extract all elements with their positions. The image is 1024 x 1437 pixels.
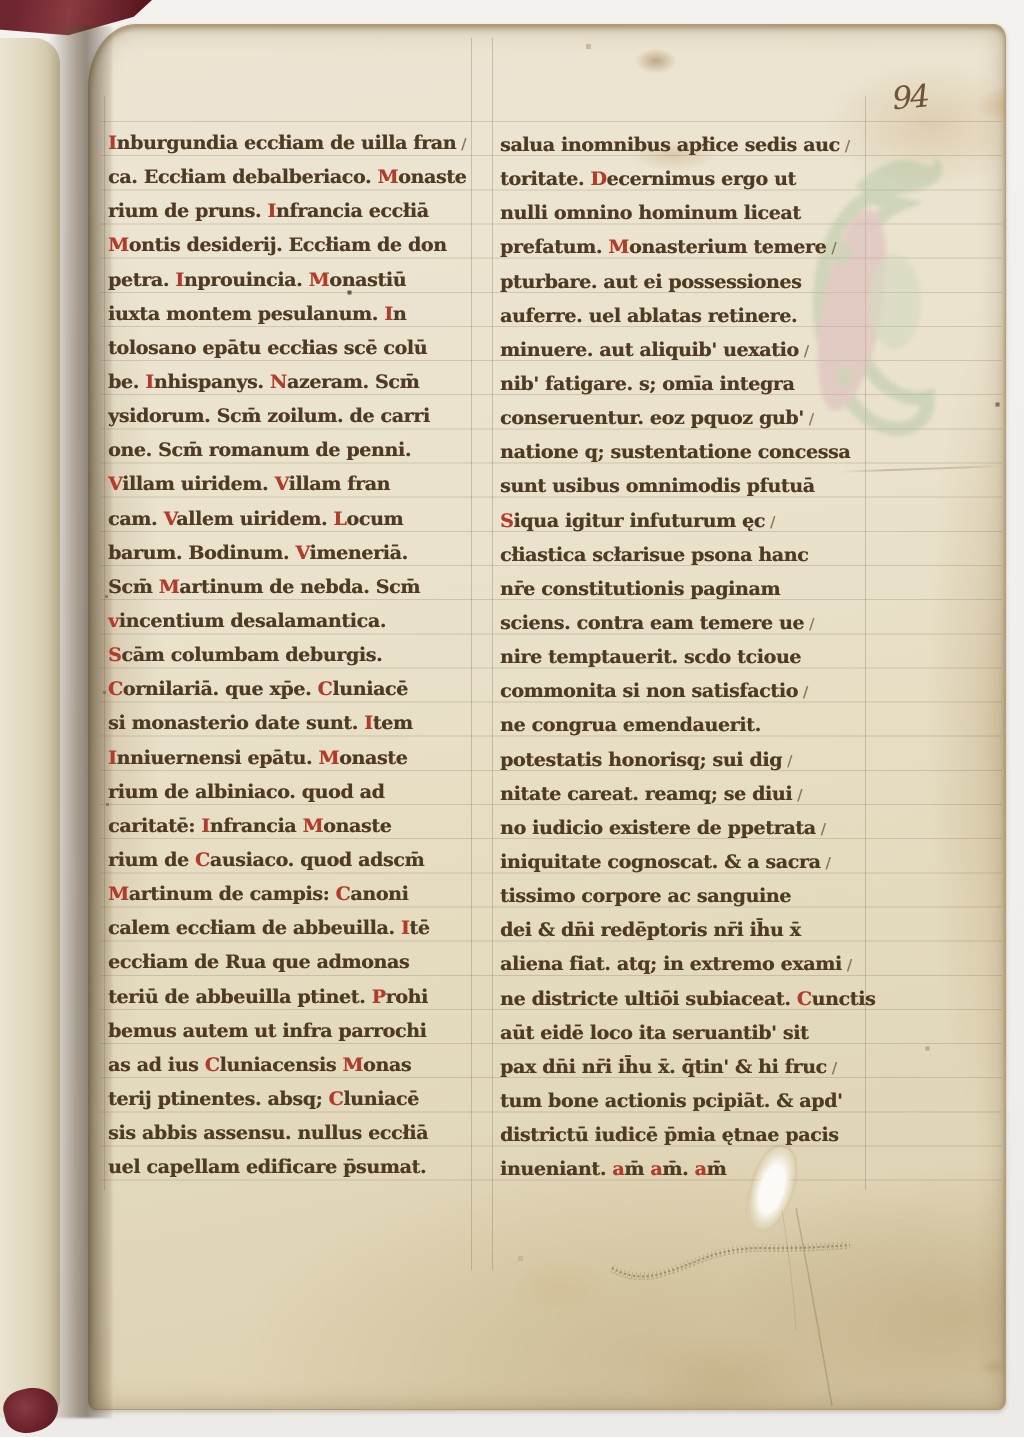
ink-text: tē xyxy=(409,917,429,939)
line-filler-stroke: ∕ xyxy=(809,615,814,633)
ink-text: onaste xyxy=(339,747,407,769)
manuscript-line: inueniant. am̄ am̄. am̄ xyxy=(500,1152,874,1186)
rubric-initial: M xyxy=(342,1054,363,1076)
ink-text: caritatē: xyxy=(108,815,201,837)
ink-text: iqua igitur infuturum ęc xyxy=(513,510,765,532)
manuscript-line: nulli omnino hominum liceat xyxy=(500,196,874,230)
rubric-initial: I xyxy=(364,712,373,734)
manuscript-line: Inniuernensi epātu. Monaste xyxy=(108,741,474,775)
line-filler-stroke: ∕ xyxy=(809,410,814,428)
rubric-initial: V xyxy=(274,473,288,495)
ink-text: nburgundia eccłiam de uilla fran xyxy=(117,132,457,154)
parchment-crease xyxy=(772,1208,852,1408)
ink-text: nfrancia eccłiā xyxy=(276,200,429,222)
ink-text: nr̄e constitutionis paginam xyxy=(500,578,780,600)
manuscript-line: tissimo corpore ac sanguine xyxy=(500,879,874,913)
ink-text: terij ptinentes. absq; xyxy=(108,1088,329,1110)
ink-text: rium de xyxy=(108,849,195,871)
line-filler-stroke: ∕ xyxy=(461,135,466,153)
ink-text: ecernimus ergo ut xyxy=(607,168,796,190)
ink-text: pturbare. aut ei possessiones xyxy=(500,271,801,293)
ink-text: onaste xyxy=(323,815,391,837)
ink-text: cam. xyxy=(108,508,163,530)
ink-text: calem eccłiam de abbeuilla. xyxy=(108,917,401,939)
manuscript-line: nitate careat. reamq; se diui∕ xyxy=(500,777,874,811)
manuscript-line: ysidorum. Scm̄ zoilum. de carri xyxy=(108,399,474,433)
line-filler-stroke: ∕ xyxy=(825,854,830,872)
manuscript-line: nib' fatigare. s; omīa integra xyxy=(500,367,874,401)
ink-text: rium de pruns. xyxy=(108,200,267,222)
ink-text: onasterium temere xyxy=(629,236,826,258)
ink-text: petra. xyxy=(108,269,175,291)
ink-text: sunt usibus omnimodis pfutuā xyxy=(500,475,815,497)
line-filler-stroke: ∕ xyxy=(845,137,850,155)
ink-text: uel capellam edificare p̄sumat. xyxy=(108,1156,426,1178)
manuscript-line: sciens. contra eam temere ue∕ xyxy=(500,606,874,640)
ink-text: tum bone actionis pcipiāt. & apd' xyxy=(500,1090,842,1112)
manuscript-line: eccłiam de Rua que admonas xyxy=(108,945,474,979)
manuscript-line: tum bone actionis pcipiāt. & apd' xyxy=(500,1084,874,1118)
ink-text: incentium desalamantica. xyxy=(119,610,386,632)
manuscript-line: one. Scm̄ romanum de penni. xyxy=(108,433,474,467)
manuscript-line: cłiastica scłarisue psona hanc xyxy=(500,538,874,572)
manuscript-line: sunt usibus omnimodis pfutuā xyxy=(500,469,874,503)
rubric-initial: I xyxy=(384,303,393,325)
ink-text: teriū de abbeuilla ptinet. xyxy=(108,986,372,1008)
manuscript-line: conseruentur. eoz pquoz gub'∕ xyxy=(500,401,874,435)
ink-text: pax dn̄i nr̄i ih̄u x̄. q̄tin' & hi fruc xyxy=(500,1056,827,1078)
ink-text: imeneriā. xyxy=(309,542,407,564)
ink-text: allem uiridem. xyxy=(176,508,333,530)
manuscript-line: districtū iudicē p̄mia ętnae pacis xyxy=(500,1118,874,1152)
rubric-initial: a xyxy=(612,1158,624,1180)
ink-text: anoni xyxy=(350,883,408,905)
ink-text: ysidorum. Scm̄ zoilum. de carri xyxy=(108,405,430,427)
manuscript-line: Siqua igitur infuturum ęc∕ xyxy=(500,504,874,538)
manuscript-line: pax dn̄i nr̄i ih̄u x̄. q̄tin' & hi fruc∕ xyxy=(500,1050,874,1084)
manuscript-line: Scm̄ Martinum de nebda. Scm̄ xyxy=(108,570,474,604)
line-filler-stroke: ∕ xyxy=(770,513,775,531)
rubric-initial: I xyxy=(201,815,210,837)
ink-text: nulli omnino hominum liceat xyxy=(500,202,801,224)
manuscript-line: Montis desiderij. Eccłiam de don xyxy=(108,228,474,262)
line-filler-stroke: ∕ xyxy=(821,820,826,838)
ink-text: ca. Eccłiam debalberiaco. xyxy=(108,166,377,188)
manuscript-line: be. Inhispanys. Nazeram. Scm̄ xyxy=(108,365,474,399)
ink-text: m̄. xyxy=(662,1158,694,1180)
ink-text: nib' fatigare. s; omīa integra xyxy=(500,373,794,395)
ink-text: nprouincia. xyxy=(184,269,309,291)
rubric-initial: C xyxy=(797,988,812,1010)
ink-text: conseruentur. eoz pquoz gub' xyxy=(500,407,804,429)
ink-text: rohi xyxy=(386,986,428,1008)
rubric-initial: C xyxy=(329,1088,344,1110)
ink-text: barum. Bodinum. xyxy=(108,542,295,564)
ink-text: onastiū xyxy=(329,269,406,291)
vertical-ruling-line xyxy=(492,38,493,1270)
rubric-initial: M xyxy=(108,883,129,905)
line-filler-stroke: ∕ xyxy=(803,683,808,701)
rubric-initial: C xyxy=(205,1054,220,1076)
rubric-initial: C xyxy=(318,678,333,700)
ink-text: inueniant. xyxy=(500,1158,612,1180)
ink-text: ne congrua emendauerit. xyxy=(500,714,761,736)
manuscript-line: pturbare. aut ei possessiones xyxy=(500,265,874,299)
ink-text: nitate careat. reamq; se diui xyxy=(500,783,792,805)
manuscript-line: auferre. uel ablatas retinere. xyxy=(500,299,874,333)
ink-text: cłiastica scłarisue psona hanc xyxy=(500,544,808,566)
ink-text: ausiaco. quod adscm̄ xyxy=(210,849,424,871)
rubric-initial: S xyxy=(500,510,513,532)
rubric-initial: V xyxy=(163,508,176,530)
rubric-initial: V xyxy=(295,542,309,564)
ink-text: toritate. xyxy=(500,168,590,190)
manuscript-line: bemus autem ut infra parrochi xyxy=(108,1014,474,1048)
ink-text: artinum de campis: xyxy=(129,883,336,905)
manuscript-line: iuxta montem pesulanum. In xyxy=(108,297,474,331)
line-filler-stroke: ∕ xyxy=(787,752,792,770)
manuscript-line: teriū de abbeuilla ptinet. Prohi xyxy=(108,980,474,1014)
ink-text: be. xyxy=(108,371,145,393)
ink-text: onas xyxy=(363,1054,411,1076)
line-filler-stroke: ∕ xyxy=(832,1059,837,1077)
ink-text: unctis xyxy=(812,988,876,1010)
rubric-initial: L xyxy=(333,508,346,530)
ink-text: districtū iudicē p̄mia ętnae pacis xyxy=(500,1124,839,1146)
manuscript-line: prefatum. Monasterium temere∕ xyxy=(500,230,874,264)
ink-text: rium de albiniaco. quod ad xyxy=(108,781,384,803)
manuscript-line: Inburgundia eccłiam de uilla fran∕ xyxy=(108,126,474,160)
manuscript-line: no iudicio existere de ppetrata∕ xyxy=(500,811,874,845)
ink-text: natione q; sustentatione concessa xyxy=(500,441,850,463)
rubric-initial: I xyxy=(145,371,154,393)
rubric-initial: I xyxy=(108,132,117,154)
manuscript-photo: Inburgundia eccłiam de uilla fran∕ca. Ec… xyxy=(0,0,1024,1437)
rubric-initial: a xyxy=(650,1158,662,1180)
folio-number: 94 xyxy=(891,75,971,133)
ink-text: illam uiridem. xyxy=(122,473,274,495)
rubric-initial: S xyxy=(108,644,121,666)
manuscript-line: potestatis honorisq; sui dig∕ xyxy=(500,743,874,777)
ink-text: prefatum. xyxy=(500,236,608,258)
ink-text: m̄ xyxy=(706,1158,726,1180)
ink-text: bemus autem ut infra parrochi xyxy=(108,1020,426,1042)
rubric-initial: v xyxy=(108,610,119,632)
text-column-left: Inburgundia eccłiam de uilla fran∕ca. Ec… xyxy=(108,126,474,1184)
ink-specks xyxy=(0,0,1,1)
manuscript-line: si monasterio date sunt. Item xyxy=(108,706,474,740)
rubric-initial: M xyxy=(108,234,129,256)
rubric-initial: V xyxy=(108,473,122,495)
manuscript-line: cam. Vallem uiridem. Locum xyxy=(108,502,474,536)
manuscript-line: calem eccłiam de abbeuilla. Itē xyxy=(108,911,474,945)
ink-text: nhispanys. xyxy=(154,371,270,393)
manuscript-line: sis abbis assensu. nullus eccłiā xyxy=(108,1116,474,1150)
manuscript-line: caritatē: Infrancia Monaste xyxy=(108,809,474,843)
ink-text: ocum xyxy=(346,508,403,530)
line-filler-stroke: ∕ xyxy=(804,342,809,360)
rubric-initial: I xyxy=(108,747,117,769)
ink-text: auferre. uel ablatas retinere. xyxy=(500,305,797,327)
manuscript-line: nire temptauerit. scdo tcioue xyxy=(500,640,874,674)
ink-text: n xyxy=(393,303,406,325)
manuscript-line: Villam uiridem. Villam fran xyxy=(108,467,474,501)
manuscript-line: minuere. aut aliquib' uexatio∕ xyxy=(500,333,874,367)
manuscript-line: aliena fiat. atq; in extremo exami∕ xyxy=(500,947,874,981)
ink-text: iniquitate cognoscat. & a sacra xyxy=(500,851,820,873)
rubric-initial: M xyxy=(318,747,339,769)
ink-text: eccłiam de Rua que admonas xyxy=(108,951,409,973)
ink-text: azeram. Scm̄ xyxy=(287,371,419,393)
ink-text: as ad ius xyxy=(108,1054,205,1076)
ink-text: ne districte ultiōi subiaceat. xyxy=(500,988,797,1010)
rubric-initial: C xyxy=(195,849,210,871)
manuscript-line: ne congrua emendauerit. xyxy=(500,708,874,742)
rubric-initial: M xyxy=(608,236,629,258)
ink-text: Scm̄ xyxy=(108,576,159,598)
manuscript-line: uel capellam edificare p̄sumat. xyxy=(108,1150,474,1184)
line-filler-stroke: ∕ xyxy=(847,956,852,974)
ink-text: nire temptauerit. scdo tcioue xyxy=(500,646,801,668)
ink-text: sis abbis assensu. nullus eccłiā xyxy=(108,1122,428,1144)
manuscript-line: iniquitate cognoscat. & a sacra∕ xyxy=(500,845,874,879)
manuscript-line: rium de albiniaco. quod ad xyxy=(108,775,474,809)
manuscript-line: Cornilariā. que xp̄e. Cluniacē xyxy=(108,672,474,706)
rubric-initial: M xyxy=(309,269,330,291)
manuscript-line: commonita si non satisfactio∕ xyxy=(500,674,874,708)
ink-text: no iudicio existere de ppetrata xyxy=(500,817,816,839)
manuscript-line: ne districte ultiōi subiaceat. Cunctis xyxy=(500,982,874,1016)
ink-text: commonita si non satisfactio xyxy=(500,680,798,702)
ink-text: luniacē xyxy=(332,678,408,700)
manuscript-line: aūt eidē loco ita seruantib' sit xyxy=(500,1016,874,1050)
manuscript-line: Scām columbam deburgis. xyxy=(108,638,474,672)
manuscript-line: rium de pruns. Infrancia eccłiā xyxy=(108,194,474,228)
manuscript-line: Martinum de campis: Canoni xyxy=(108,877,474,911)
rubric-initial: I xyxy=(267,200,276,222)
manuscript-line: natione q; sustentatione concessa xyxy=(500,435,874,469)
rubric-initial: C xyxy=(108,678,123,700)
ink-text: tolosano epātu eccłias scē colū xyxy=(108,337,427,359)
ink-text: si monasterio date sunt. xyxy=(108,712,364,734)
ink-text: onaste xyxy=(398,166,466,188)
manuscript-line: petra. Inprouincia. Monastiū xyxy=(108,263,474,297)
ink-text: sciens. contra eam temere ue xyxy=(500,612,804,634)
ink-text: dei & dn̄i redēptoris nr̄i ih̄u x̄ xyxy=(500,919,801,941)
manuscript-line: rium de Causiaco. quod adscm̄ xyxy=(108,843,474,877)
rubric-initial: a xyxy=(695,1158,707,1180)
ink-text: tissimo corpore ac sanguine xyxy=(500,885,791,907)
line-filler-stroke: ∕ xyxy=(797,786,802,804)
manuscript-line: ca. Eccłiam debalberiaco. Monaste xyxy=(108,160,474,194)
ink-text: ornilariā. que xp̄e. xyxy=(123,678,318,700)
rubric-initial: I xyxy=(175,269,184,291)
rubric-initial: C xyxy=(336,883,351,905)
ink-text: potestatis honorisq; sui dig xyxy=(500,749,782,771)
vertical-ruling-line xyxy=(104,96,105,1190)
rubric-initial: N xyxy=(270,371,287,393)
ink-text: luniacē xyxy=(343,1088,419,1110)
ink-text: minuere. aut aliquib' uexatio xyxy=(500,339,799,361)
manuscript-line: terij ptinentes. absq; Cluniacē xyxy=(108,1082,474,1116)
text-column-right: salua inomnibus apłice sedis auc∕toritat… xyxy=(500,128,874,1186)
ink-text: iuxta montem pesulanum. xyxy=(108,303,384,325)
ink-text: nfrancia xyxy=(210,815,303,837)
ink-text: one. Scm̄ romanum de penni. xyxy=(108,439,411,461)
manuscript-line: tolosano epātu eccłias scē colū xyxy=(108,331,474,365)
manuscript-line: barum. Bodinum. Vimeneriā. xyxy=(108,536,474,570)
ink-text: illam fran xyxy=(289,473,391,495)
ink-text: salua inomnibus apłice sedis auc xyxy=(500,134,840,156)
rubric-initial: D xyxy=(590,168,606,190)
ink-text: artinum de nebda. Scm̄ xyxy=(179,576,420,598)
ink-text: aūt eidē loco ita seruantib' sit xyxy=(500,1022,808,1044)
manuscript-line: toritate. Decernimus ergo ut xyxy=(500,162,874,196)
manuscript-line: nr̄e constitutionis paginam xyxy=(500,572,874,606)
rubric-initial: P xyxy=(372,986,386,1008)
manuscript-line: dei & dn̄i redēptoris nr̄i ih̄u x̄ xyxy=(500,913,874,947)
manuscript-line: as ad ius Cluniacensis Monas xyxy=(108,1048,474,1082)
rubric-initial: M xyxy=(159,576,180,598)
rubric-initial: M xyxy=(302,815,323,837)
ink-text: cām columbam deburgis. xyxy=(121,644,382,666)
ink-text: aliena fiat. atq; in extremo exami xyxy=(500,953,842,975)
ink-text: m̄ xyxy=(624,1158,650,1180)
rubric-initial: M xyxy=(377,166,398,188)
manuscript-line: vincentium desalamantica. xyxy=(108,604,474,638)
manuscript-line: salua inomnibus apłice sedis auc∕ xyxy=(500,128,874,162)
ink-text: ontis desiderij. Eccłiam de don xyxy=(129,234,447,256)
line-filler-stroke: ∕ xyxy=(831,239,836,257)
ink-text: luniacensis xyxy=(219,1054,342,1076)
ink-text: nniuernensi epātu. xyxy=(117,747,319,769)
ink-text: tem xyxy=(373,712,413,734)
